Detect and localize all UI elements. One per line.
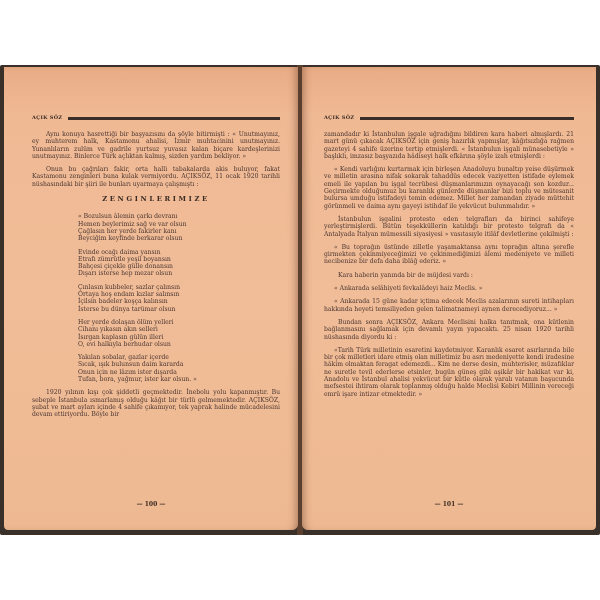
left-page-header: AÇIK SÖZ (32, 115, 280, 121)
paragraph: Onun bu çağrıları fakir, orta halli taba… (32, 166, 280, 188)
poem-stanza: Evinde ocağı daima yansın Etrafı zümrütl… (78, 249, 280, 278)
poem-line: Beyciğim keyfinde berkarar olsun (78, 235, 280, 242)
poem-line: Çınlasın kubbeler, sazlar çalınsın (78, 284, 280, 291)
poem-line: Onun için ne lâzım ister dışarda (78, 369, 280, 376)
poem-line: Tufan, bora, yağmur, ister kar olsun. » (78, 376, 280, 383)
open-book: AÇIK SÖZ Aynı konuya hasrettiği bir başy… (0, 65, 600, 535)
quote-paragraph: « Ankarada 15 güne kadar içtima edecek M… (324, 298, 574, 313)
poem-line: İsırgan kaplasın gülün illeri (78, 334, 280, 341)
poem-line: İçilsin badeler koşça kalınsın (78, 298, 280, 305)
running-head: AÇIK SÖZ (324, 115, 354, 121)
paragraph: İstanbulun işgalini protesto eden telgra… (324, 216, 574, 238)
poem-stanza: Çınlasın kubbeler, sazlar çalınsın Ortay… (78, 284, 280, 313)
left-page-body: Aynı konuya hasrettiği bir başyazısını d… (32, 131, 280, 425)
paragraph: zamandadır ki İstanbulun işgale uğradığı… (324, 131, 574, 160)
quote-paragraph: « Bu toprağın üstünde zilletle yaşamakta… (324, 244, 574, 266)
poem-line: Ortaya hoş endam kızlar salınsın (78, 291, 280, 298)
header-rule (68, 117, 280, 120)
poem-stanza: Yakılan sobalar, gazlar içerde Sıcak, ış… (78, 354, 280, 383)
left-page: AÇIK SÖZ Aynı konuya hasrettiği bir başy… (4, 67, 298, 530)
poem-line: İsterse bu dünya tarümar olsun (78, 306, 280, 313)
poem-line: Dışarı isterse hep mezar olsun (78, 270, 280, 277)
right-page: AÇIK SÖZ zamandadır ki İstanbulun işgale… (302, 67, 596, 530)
poem-line: « Bozulsun âlemin çarkı devranı (78, 213, 280, 220)
right-page-body: zamandadır ki İstanbulun işgale uğradığı… (324, 131, 574, 404)
poem-line: Etrafı zümrütle yeşil boyansın (78, 256, 280, 263)
poem-line: Çağlasın her yerde fakirler kanı (78, 228, 280, 235)
header-rule (360, 117, 574, 120)
right-page-header: AÇIK SÖZ (324, 115, 574, 121)
paragraph: 1920 yılının kışı çok şiddetli geçmekted… (32, 389, 280, 418)
page-number: — 101 — (302, 501, 596, 508)
poem-line: Hemen beylerimiz sağ ve var olsun (78, 221, 280, 228)
page-number: — 100 — (4, 501, 298, 508)
paragraph: Kara haberin yanında bir de müjdesi vard… (324, 272, 574, 279)
poem-line: Her yerde dolaşan ölüm yelleri (78, 319, 280, 326)
quote-paragraph: « Ankarada selâhiyeti fevkalâdeyi haiz M… (324, 285, 574, 292)
paragraph: Bundan sonra AÇIKSÖZ, Ankara Meclisini h… (324, 319, 574, 341)
poem-line: Bahçesi çiçekle güllе donansın (78, 263, 280, 270)
quote-paragraph: « Kendi varlığını kurtarmak için birleşe… (324, 166, 574, 210)
running-head: AÇIK SÖZ (32, 115, 62, 121)
poem-line: Sıcak, ışık bulunsun daim kararda (78, 361, 280, 368)
poem-stanza: Her yerde dolaşan ölüm yelleri Cihanı yı… (78, 319, 280, 348)
paragraph: Aynı konuya hasrettiği bir başyazısını d… (32, 131, 280, 160)
poem-title: ZENGINLERIMIZE (32, 196, 280, 203)
quote-paragraph: «Tarih Türk milletinin esaretini kaydetm… (324, 347, 574, 398)
poem-line: Yakılan sobalar, gazlar içerde (78, 354, 280, 361)
poem-line: Evinde ocağı daima yansın (78, 249, 280, 256)
poem-stanza: « Bozulsun âlemin çarkı devranı Hemen be… (78, 213, 280, 242)
poem-line: O, evi halkıyla berhudar olsun (78, 341, 280, 348)
poem-line: Cihanı yıkasın akın selleri (78, 326, 280, 333)
